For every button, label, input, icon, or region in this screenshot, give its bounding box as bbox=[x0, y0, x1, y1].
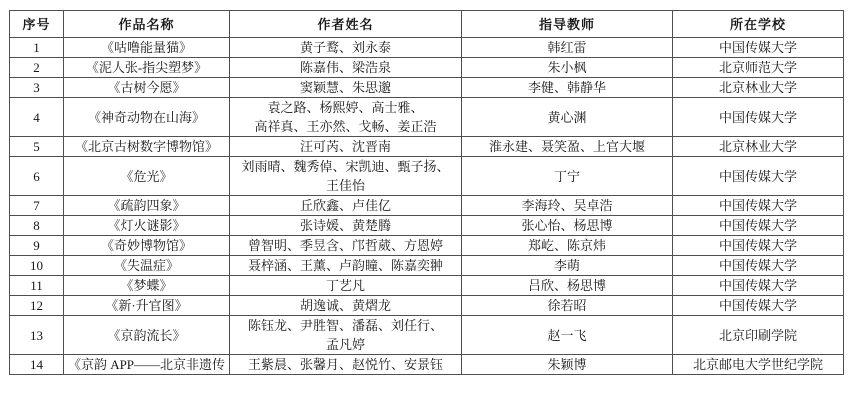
author-names-cell: 张诗媛、黄楚腾 bbox=[230, 216, 462, 236]
row-number-cell: 1 bbox=[10, 38, 64, 58]
column-header-advisors: 指导教师 bbox=[462, 11, 673, 38]
row-number-cell: 8 bbox=[10, 216, 64, 236]
author-names-cell: 窦颖慧、朱思邈 bbox=[230, 78, 462, 98]
work-title-cell: 《北京古树数字博物馆》 bbox=[64, 137, 230, 157]
advisors-cell: 韩红雷 bbox=[462, 38, 673, 58]
author-names-cell: 丘欣鑫、卢佳亿 bbox=[230, 196, 462, 216]
school-cell: 中国传媒大学 bbox=[673, 256, 844, 276]
school-cell: 中国传媒大学 bbox=[673, 38, 844, 58]
school-cell: 北京邮电大学世纪学院 bbox=[673, 355, 844, 375]
table-row: 6 《危光》 刘雨晴、魏秀倬、宋凯迪、甄子扬、 王佳怡 丁宁 中国传媒大学 bbox=[10, 157, 844, 196]
table-row: 2 《泥人张-指尖塑梦》 陈嘉伟、梁浩泉 朱小枫 北京师范大学 bbox=[10, 58, 844, 78]
school-cell: 北京印刷学院 bbox=[673, 316, 844, 355]
advisors-cell: 徐若昭 bbox=[462, 296, 673, 316]
table-row: 8 《灯火谜影》 张诗媛、黄楚腾 张心怡、杨思博 中国传媒大学 bbox=[10, 216, 844, 236]
author-names-cell: 王紫晨、张馨月、赵悦竹、安景钰 bbox=[230, 355, 462, 375]
author-names-cell: 聂梓涵、王薰、卢韵瞳、陈嘉奕翀 bbox=[230, 256, 462, 276]
row-number-cell: 3 bbox=[10, 78, 64, 98]
table-row: 5 《北京古树数字博物馆》 汪可芮、沈晋南 淮永建、聂笑盈、上官大堰 北京林业大… bbox=[10, 137, 844, 157]
work-title-cell: 《京韵 APP——北京非遗传 bbox=[64, 355, 230, 375]
row-number-cell: 6 bbox=[10, 157, 64, 196]
work-title-cell: 《神奇动物在山海》 bbox=[64, 98, 230, 137]
row-number-cell: 11 bbox=[10, 276, 64, 296]
advisors-cell: 淮永建、聂笑盈、上官大堰 bbox=[462, 137, 673, 157]
advisors-cell: 朱小枫 bbox=[462, 58, 673, 78]
row-number-cell: 13 bbox=[10, 316, 64, 355]
school-cell: 中国传媒大学 bbox=[673, 196, 844, 216]
work-title-cell: 《疏韵四象》 bbox=[64, 196, 230, 216]
column-header-authors: 作者姓名 bbox=[230, 11, 462, 38]
advisors-cell: 朱颖博 bbox=[462, 355, 673, 375]
table-row: 14 《京韵 APP——北京非遗传 王紫晨、张馨月、赵悦竹、安景钰 朱颖博 北京… bbox=[10, 355, 844, 375]
school-cell: 中国传媒大学 bbox=[673, 276, 844, 296]
advisors-cell: 吕欣、杨思博 bbox=[462, 276, 673, 296]
row-number-cell: 2 bbox=[10, 58, 64, 78]
column-header-title: 作品名称 bbox=[64, 11, 230, 38]
table-row: 4 《神奇动物在山海》 袁之路、杨熙婷、高士雅、 高祥真、王亦然、戈畅、姜正浩 … bbox=[10, 98, 844, 137]
advisors-cell: 张心怡、杨思博 bbox=[462, 216, 673, 236]
table-row: 12 《新·升官图》 胡逸诚、黄熠龙 徐若昭 中国传媒大学 bbox=[10, 296, 844, 316]
table-row: 3 《古树今愿》 窦颖慧、朱思邈 李健、韩静华 北京林业大学 bbox=[10, 78, 844, 98]
advisors-cell: 黄心渊 bbox=[462, 98, 673, 137]
advisors-cell: 李海玲、吴卓浩 bbox=[462, 196, 673, 216]
work-title-cell: 《咕噜能量猫》 bbox=[64, 38, 230, 58]
author-names-cell: 汪可芮、沈晋南 bbox=[230, 137, 462, 157]
work-title-cell: 《泥人张-指尖塑梦》 bbox=[64, 58, 230, 78]
table-row: 9 《奇妙博物馆》 曾智明、季昱含、邝哲葳、方恩婷 郑屹、陈京炜 中国传媒大学 bbox=[10, 236, 844, 256]
column-header-no: 序号 bbox=[10, 11, 64, 38]
works-table: 序号 作品名称 作者姓名 指导教师 所在学校 1 《咕噜能量猫》 黄子鹜、刘永泰… bbox=[9, 10, 844, 375]
advisors-cell: 赵一飞 bbox=[462, 316, 673, 355]
work-title-cell: 《京韵流长》 bbox=[64, 316, 230, 355]
work-title-cell: 《奇妙博物馆》 bbox=[64, 236, 230, 256]
school-cell: 中国传媒大学 bbox=[673, 236, 844, 256]
column-header-school: 所在学校 bbox=[673, 11, 844, 38]
row-number-cell: 5 bbox=[10, 137, 64, 157]
school-cell: 北京师范大学 bbox=[673, 58, 844, 78]
author-names-cell: 刘雨晴、魏秀倬、宋凯迪、甄子扬、 王佳怡 bbox=[230, 157, 462, 196]
school-cell: 中国传媒大学 bbox=[673, 216, 844, 236]
table-row: 10 《失温症》 聂梓涵、王薰、卢韵瞳、陈嘉奕翀 李萌 中国传媒大学 bbox=[10, 256, 844, 276]
header-row: 序号 作品名称 作者姓名 指导教师 所在学校 bbox=[10, 11, 844, 38]
row-number-cell: 14 bbox=[10, 355, 64, 375]
author-names-cell: 丁艺凡 bbox=[230, 276, 462, 296]
work-title-cell: 《古树今愿》 bbox=[64, 78, 230, 98]
row-number-cell: 10 bbox=[10, 256, 64, 276]
table-body: 1 《咕噜能量猫》 黄子鹜、刘永泰 韩红雷 中国传媒大学 2 《泥人张-指尖塑梦… bbox=[10, 38, 844, 375]
author-names-cell: 曾智明、季昱含、邝哲葳、方恩婷 bbox=[230, 236, 462, 256]
advisors-cell: 李萌 bbox=[462, 256, 673, 276]
author-names-cell: 袁之路、杨熙婷、高士雅、 高祥真、王亦然、戈畅、姜正浩 bbox=[230, 98, 462, 137]
author-names-cell: 胡逸诚、黄熠龙 bbox=[230, 296, 462, 316]
school-cell: 北京林业大学 bbox=[673, 137, 844, 157]
school-cell: 北京林业大学 bbox=[673, 78, 844, 98]
works-table-container: 序号 作品名称 作者姓名 指导教师 所在学校 1 《咕噜能量猫》 黄子鹜、刘永泰… bbox=[9, 10, 843, 375]
table-row: 1 《咕噜能量猫》 黄子鹜、刘永泰 韩红雷 中国传媒大学 bbox=[10, 38, 844, 58]
work-title-cell: 《新·升官图》 bbox=[64, 296, 230, 316]
table-header: 序号 作品名称 作者姓名 指导教师 所在学校 bbox=[10, 11, 844, 38]
work-title-cell: 《梦蝶》 bbox=[64, 276, 230, 296]
school-cell: 中国传媒大学 bbox=[673, 98, 844, 137]
author-names-cell: 陈嘉伟、梁浩泉 bbox=[230, 58, 462, 78]
row-number-cell: 12 bbox=[10, 296, 64, 316]
author-names-cell: 陈钰龙、尹胜智、潘磊、刘任行、 孟凡婷 bbox=[230, 316, 462, 355]
work-title-cell: 《失温症》 bbox=[64, 256, 230, 276]
work-title-cell: 《灯火谜影》 bbox=[64, 216, 230, 236]
school-cell: 中国传媒大学 bbox=[673, 296, 844, 316]
table-row: 11 《梦蝶》 丁艺凡 吕欣、杨思博 中国传媒大学 bbox=[10, 276, 844, 296]
advisors-cell: 郑屹、陈京炜 bbox=[462, 236, 673, 256]
advisors-cell: 李健、韩静华 bbox=[462, 78, 673, 98]
advisors-cell: 丁宁 bbox=[462, 157, 673, 196]
table-row: 7 《疏韵四象》 丘欣鑫、卢佳亿 李海玲、吴卓浩 中国传媒大学 bbox=[10, 196, 844, 216]
row-number-cell: 7 bbox=[10, 196, 64, 216]
row-number-cell: 9 bbox=[10, 236, 64, 256]
school-cell: 中国传媒大学 bbox=[673, 157, 844, 196]
author-names-cell: 黄子鹜、刘永泰 bbox=[230, 38, 462, 58]
work-title-cell: 《危光》 bbox=[64, 157, 230, 196]
row-number-cell: 4 bbox=[10, 98, 64, 137]
table-row: 13 《京韵流长》 陈钰龙、尹胜智、潘磊、刘任行、 孟凡婷 赵一飞 北京印刷学院 bbox=[10, 316, 844, 355]
